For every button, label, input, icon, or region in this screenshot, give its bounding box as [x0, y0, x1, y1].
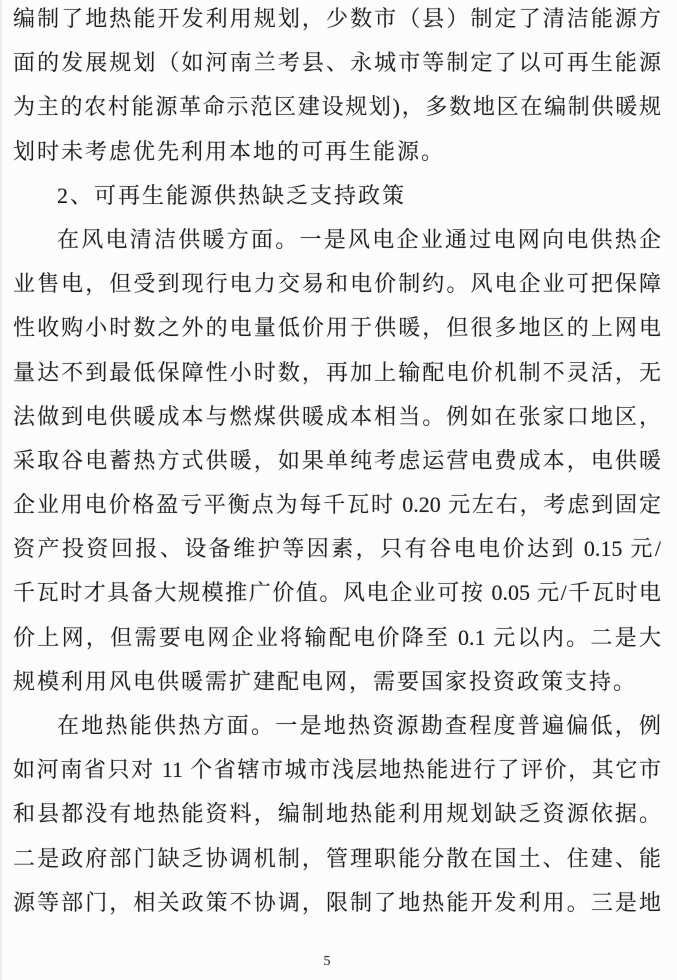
text-line: 二是政府部门缺乏协调机制，管理职能分散在国土、住建、能: [13, 837, 661, 881]
text-line: 为主的农村能源革命示范区建设规划)，多数地区在编制供暖规: [13, 85, 661, 129]
text-line: 千瓦时才具备大规模推广价值。风电企业可按 0.05 元/千瓦时电: [13, 571, 661, 615]
text-line: 在地热能供热方面。一是地热资源勘查程度普遍偏低，例: [13, 704, 661, 748]
text-line: 法做到电供暖成本与燃煤供暖成本相当。例如在张家口地区，: [13, 395, 661, 439]
text-line: 和县都没有地热能资料，编制地热能利用规划缺乏资源依据。: [13, 792, 661, 836]
scanned-document-page: { "page": { "colors": { "background": "#…: [0, 0, 677, 980]
text-line: 量达不到最低保障性小时数，再加上输配电价机制不灵活，无: [13, 351, 661, 395]
text-line: 如河南省只对 11 个省辖市城市浅层地热能进行了评价，其它市: [13, 748, 661, 792]
scan-edge-artifact: [0, 0, 2, 980]
text-line: 划时未考虑优先利用本地的可再生能源。: [13, 130, 661, 174]
text-line: 在风电清洁供暖方面。一是风电企业通过电网向电供热企: [13, 218, 661, 262]
text-line: 采取谷电蓄热方式供暖，如果单纯考虑运营电费成本，电供暖: [13, 439, 661, 483]
text-line: 面的发展规划（如河南兰考县、永城市等制定了以可再生能源: [13, 41, 661, 85]
text-line: 业售电，但受到现行电力交易和电价制约。风电企业可把保障: [13, 262, 661, 306]
text-line: 源等部门，相关政策不协调，限制了地热能开发利用。三是地: [13, 881, 661, 925]
text-line: 规模利用风电供暖需扩建配电网，需要国家投资政策支持。: [13, 660, 661, 704]
text-line: 资产投资回报、设备维护等因素，只有谷电电价达到 0.15 元/: [13, 527, 661, 571]
text-line: 企业用电价格盈亏平衡点为每千瓦时 0.20 元左右，考虑到固定: [13, 483, 661, 527]
text-line: 性收购小时数之外的电量低价用于供暖，但很多地区的上网电: [13, 306, 661, 350]
text-line: 编制了地热能开发利用规划，少数市（县）制定了清洁能源方: [13, 0, 661, 41]
document-body: 编制了地热能开发利用规划，少数市（县）制定了清洁能源方 面的发展规划（如河南兰考…: [13, 0, 661, 925]
section-heading: 2、可再生能源供热缺乏支持政策: [13, 174, 661, 218]
text-line: 价上网，但需要电网企业将输配电价降至 0.1 元以内。二是大: [13, 616, 661, 660]
page-number: 5: [297, 952, 357, 972]
